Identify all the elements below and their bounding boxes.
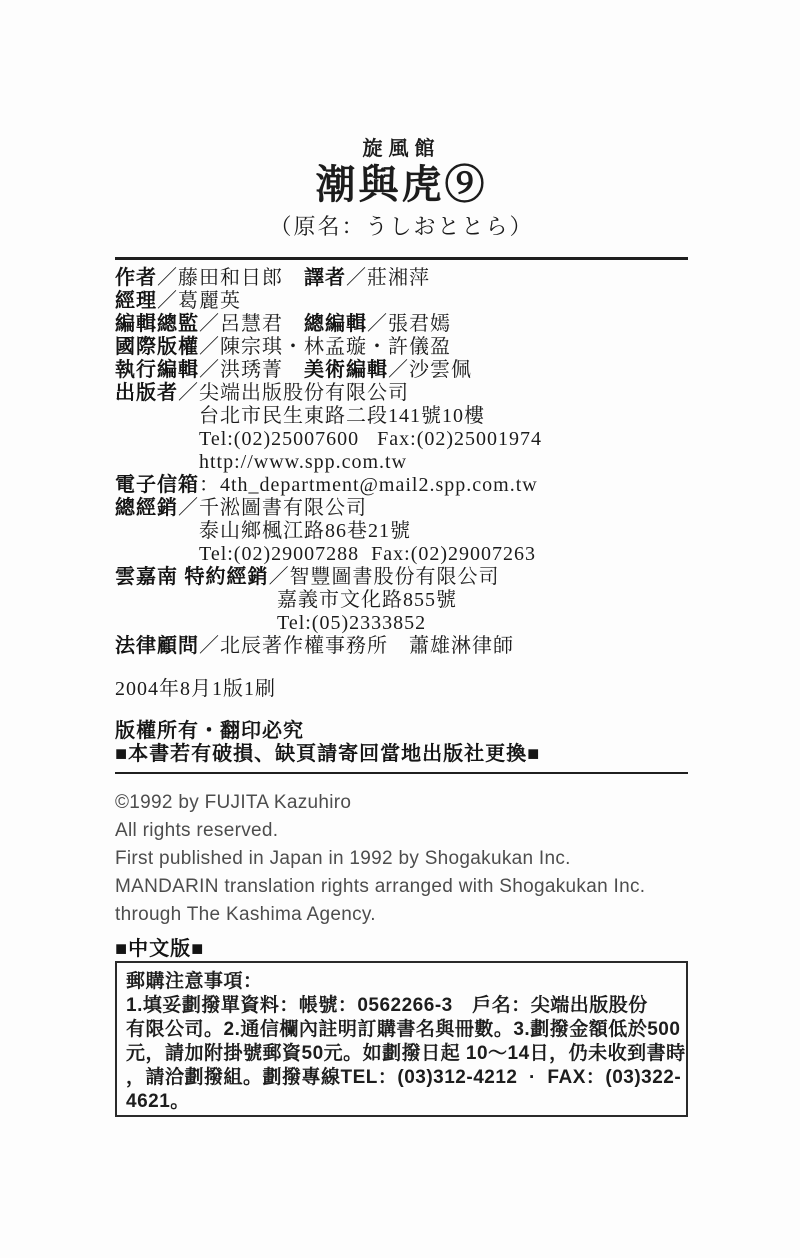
credit-label: 總編輯 xyxy=(304,313,367,335)
imprint-name: 旋風館 xyxy=(115,138,688,160)
colophon-page: 旋風館 潮與虎⑨ （原名：うしおととら） 作者／藤田和日郎 譯者／莊湘萍經理／葛… xyxy=(0,0,800,1258)
mail-order-line: 有限公司。2.通信欄內註明訂購書名與冊數。3.劃撥金額低於500 xyxy=(126,1018,680,1042)
mail-order-line: ，請洽劃撥組。劃撥專線TEL：(03)312-4212 · FAX：(03)32… xyxy=(126,1066,680,1090)
credit-value: Tel:(02)29007288 Fax:(02)29007263 xyxy=(199,543,536,565)
credit-label: 出版者 xyxy=(115,382,178,404)
credit-label: 譯者 xyxy=(304,267,346,289)
credit-line: http://www.spp.com.tw xyxy=(115,451,688,474)
credit-line: 電子信箱：4th_department@mail2.spp.com.tw xyxy=(115,474,688,497)
credit-line: 嘉義市文化路855號 xyxy=(115,589,688,612)
credits-section: 作者／藤田和日郎 譯者／莊湘萍經理／葛麗英編輯總監／呂慧君 總編輯／張君嫣國際版… xyxy=(115,267,688,658)
mail-order-line: 1.填妥劃撥單資料：帳號：0562266-3 戶名：尖端出版股份 xyxy=(126,994,680,1018)
credit-line: Tel:(02)29007288 Fax:(02)29007263 xyxy=(115,543,688,566)
credit-line: 執行編輯／洪琇菁 美術編輯／沙雲佩 xyxy=(115,359,688,382)
credit-label: 電子信箱 xyxy=(115,474,199,496)
english-copyright-line: All rights reserved. xyxy=(115,817,688,845)
credit-value: 泰山鄉楓江路86巷21號 xyxy=(199,520,411,542)
english-copyright-line: First published in Japan in 1992 by Shog… xyxy=(115,845,688,873)
credit-label: 雲嘉南 特約經銷 xyxy=(115,566,269,588)
credit-value: ／陳宗琪・林孟璇・許儀盈 xyxy=(199,336,451,358)
credit-line: 法律顧問／北辰著作權事務所 蕭雄淋律師 xyxy=(115,635,688,658)
credit-label: 作者 xyxy=(115,267,157,289)
divider-top xyxy=(115,257,688,260)
credit-line: 出版者／尖端出版股份有限公司 xyxy=(115,382,688,405)
credit-line: 雲嘉南 特約經銷／智豐圖書股份有限公司 xyxy=(115,566,688,589)
copyright-notice: 版權所有・翻印必究■本書若有破損、缺頁請寄回當地出版社更換■ xyxy=(115,720,688,767)
credit-value: ／莊湘萍 xyxy=(346,267,430,289)
copyright-notice-line: ■本書若有破損、缺頁請寄回當地出版社更換■ xyxy=(115,743,688,767)
credit-value: Tel:(02)25007600 Fax:(02)25001974 xyxy=(199,428,542,450)
english-copyright-block: ©1992 by FUJITA KazuhiroAll rights reser… xyxy=(115,789,688,929)
credit-label: 執行編輯 xyxy=(115,359,199,381)
credit-value: ／尖端出版股份有限公司 xyxy=(178,382,409,404)
credit-value: ／北辰著作權事務所 蕭雄淋律師 xyxy=(199,635,514,657)
credit-value: Tel:(05)2333852 xyxy=(277,612,426,634)
credit-value: ：4th_department@mail2.spp.com.tw xyxy=(199,474,538,496)
credit-line: 編輯總監／呂慧君 總編輯／張君嫣 xyxy=(115,313,688,336)
credit-line: 國際版權／陳宗琪・林孟璇・許儀盈 xyxy=(115,336,688,359)
credit-value: 台北市民生東路二段141號10樓 xyxy=(199,405,485,427)
edition-info: 2004年8月1版1刷 xyxy=(115,678,688,701)
english-copyright-line: ©1992 by FUJITA Kazuhiro xyxy=(115,789,688,817)
credit-label: 編輯總監 xyxy=(115,313,199,335)
credit-line: 台北市民生東路二段141號10樓 xyxy=(115,405,688,428)
credit-line: 總經銷／千淞圖書有限公司 xyxy=(115,497,688,520)
credit-line: 泰山鄉楓江路86巷21號 xyxy=(115,520,688,543)
credit-value: ／智豐圖書股份有限公司 xyxy=(269,566,500,588)
copyright-notice-line: 版權所有・翻印必究 xyxy=(115,720,688,744)
credit-label: 美術編輯 xyxy=(304,359,388,381)
mail-order-line: 元，請加附掛號郵資50元。如劃撥日起 10～14日，仍未收到書時 xyxy=(126,1042,680,1066)
credit-value: ／張君嫣 xyxy=(367,313,451,335)
credit-label: 法律顧問 xyxy=(115,635,199,657)
credit-label: 總經銷 xyxy=(115,497,178,519)
credit-line: Tel:(02)25007600 Fax:(02)25001974 xyxy=(115,428,688,451)
colophon-content: 旋風館 潮與虎⑨ （原名：うしおととら） 作者／藤田和日郎 譯者／莊湘萍經理／葛… xyxy=(0,0,800,1117)
divider-bottom xyxy=(115,772,688,775)
credit-value: ／千淞圖書有限公司 xyxy=(178,497,367,519)
english-copyright-line: through The Kashima Agency. xyxy=(115,901,688,929)
credit-label: 經理 xyxy=(115,290,157,312)
english-copyright-line: MANDARIN translation rights arranged wit… xyxy=(115,873,688,901)
book-title: 潮與虎⑨ xyxy=(115,162,688,208)
title-block: 旋風館 潮與虎⑨ （原名：うしおととら） xyxy=(115,138,688,242)
credit-value: ／葛麗英 xyxy=(157,290,241,312)
chinese-edition-label: ■中文版■ xyxy=(115,937,688,961)
credit-line: 經理／葛麗英 xyxy=(115,290,688,313)
credit-value: ／沙雲佩 xyxy=(388,359,472,381)
original-title: （原名：うしおととら） xyxy=(115,212,688,242)
credit-line: Tel:(05)2333852 xyxy=(115,612,688,635)
mail-order-line: 郵購注意事項： xyxy=(126,970,680,994)
credit-value: ／呂慧君 xyxy=(199,313,304,335)
credit-label: 國際版權 xyxy=(115,336,199,358)
credit-line: 作者／藤田和日郎 譯者／莊湘萍 xyxy=(115,267,688,290)
credit-value: http://www.spp.com.tw xyxy=(199,451,407,473)
credit-value: ／洪琇菁 xyxy=(199,359,304,381)
mail-order-line: 4621。 xyxy=(126,1090,680,1114)
credit-value: ／藤田和日郎 xyxy=(157,267,304,289)
credit-value: 嘉義市文化路855號 xyxy=(277,589,457,611)
mail-order-box: 郵購注意事項：1.填妥劃撥單資料：帳號：0562266-3 戶名：尖端出版股份有… xyxy=(115,961,688,1117)
